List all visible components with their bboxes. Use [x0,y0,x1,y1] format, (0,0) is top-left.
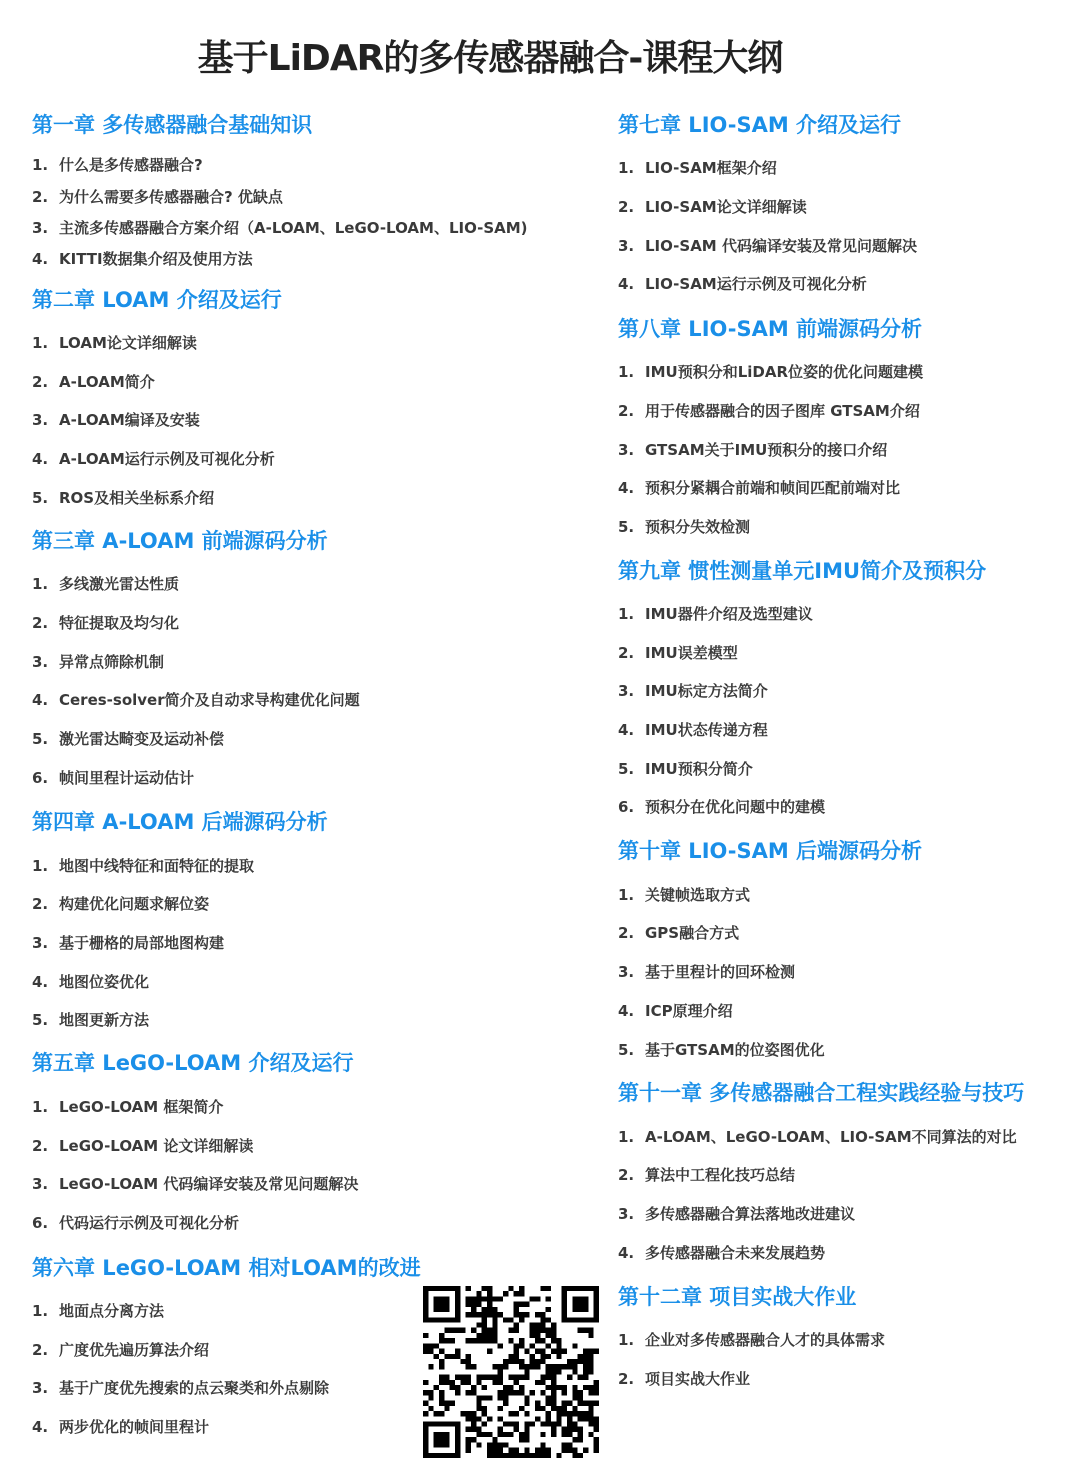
page-title: 基于LiDAR的多传感器融合-课程大纲 [0,30,980,81]
list-item: 2.特征提取及均匀化 [32,613,179,633]
list-item: 6.预积分在优化问题中的建模 [618,797,825,817]
chapter-title: 第十一章 多传感器融合工程实践经验与技巧 [618,1078,1024,1108]
chapter-9: 第九章 惯性测量单元IMU简介及预积分 [618,556,986,586]
chapter-4: 第四章 A-LOAM 后端源码分析 [32,807,328,837]
list-item: 6.代码运行示例及可视化分析 [32,1213,239,1233]
list-item: 4.KITTI数据集介绍及使用方法 [32,249,253,269]
list-item: 5.基于GTSAM的位姿图优化 [618,1040,825,1060]
list-item: 2.为什么需要多传感器融合? 优缺点 [32,187,283,207]
chapter-6: 第六章 LeGO-LOAM 相对LOAM的改进 [32,1253,421,1283]
list-item: 1.IMU器件介绍及选型建议 [618,604,813,624]
list-item: 3.异常点筛除机制 [32,652,164,672]
list-item: 1.LIO-SAM框架介绍 [618,158,777,178]
chapter-title: 第一章 多传感器融合基础知识 [32,110,312,140]
chapter-1: 第一章 多传感器融合基础知识 [32,110,312,140]
list-item: 1.IMU预积分和LiDAR位姿的优化问题建模 [618,362,923,382]
list-item: 5.ROS及相关坐标系介绍 [32,488,214,508]
list-item: 1.企业对多传感器融合人才的具体需求 [618,1330,885,1350]
list-item: 4.两步优化的帧间里程计 [32,1417,209,1437]
chapter-3: 第三章 A-LOAM 前端源码分析 [32,526,328,556]
list-item: 1.多线激光雷达性质 [32,574,179,594]
chapter-10: 第十章 LIO-SAM 后端源码分析 [618,836,922,866]
chapter-title: 第十章 LIO-SAM 后端源码分析 [618,836,922,866]
list-item: 5.激光雷达畸变及运动补偿 [32,729,224,749]
list-item: 2.广度优先遍历算法介绍 [32,1340,209,1360]
list-item: 4.IMU状态传递方程 [618,720,768,740]
list-item: 4.预积分紧耦合前端和帧间匹配前端对比 [618,478,900,498]
chapter-title: 第七章 LIO-SAM 介绍及运行 [618,110,901,140]
list-item: 4.A-LOAM运行示例及可视化分析 [32,449,275,469]
list-item: 5.IMU预积分简介 [618,759,753,779]
list-item: 3.多传感器融合算法落地改进建议 [618,1204,855,1224]
list-item: 3.GTSAM关于IMU预积分的接口介绍 [618,440,887,460]
list-item: 3.LeGO-LOAM 代码编译安装及常见问题解决 [32,1174,358,1194]
chapter-title: 第八章 LIO-SAM 前端源码分析 [618,314,922,344]
chapter-title: 第三章 A-LOAM 前端源码分析 [32,526,328,556]
list-item: 2.构建优化问题求解位姿 [32,894,209,914]
list-item: 3.基于里程计的回环检测 [618,962,795,982]
chapter-8: 第八章 LIO-SAM 前端源码分析 [618,314,922,344]
chapter-5: 第五章 LeGO-LOAM 介绍及运行 [32,1048,354,1078]
list-item: 3.主流多传感器融合方案介绍（A-LOAM、LeGO-LOAM、LIO-SAM) [32,218,528,238]
chapter-2: 第二章 LOAM 介绍及运行 [32,285,282,315]
list-item: 5.预积分失效检测 [618,517,750,537]
qr-code-icon [423,1286,599,1458]
list-item: 2.算法中工程化技巧总结 [618,1165,795,1185]
list-item: 1.地图中线特征和面特征的提取 [32,856,254,876]
list-item: 1.A-LOAM、LeGO-LOAM、LIO-SAM不同算法的对比 [618,1127,1017,1147]
list-item: 4.Ceres-solver简介及自动求导构建优化问题 [32,690,360,710]
chapter-title: 第十二章 项目实战大作业 [618,1282,856,1312]
list-item: 4.ICP原理介绍 [618,1001,733,1021]
list-item: 1.LeGO-LOAM 框架简介 [32,1097,223,1117]
chapter-12: 第十二章 项目实战大作业 [618,1282,856,1312]
chapter-title: 第五章 LeGO-LOAM 介绍及运行 [32,1048,354,1078]
chapter-title: 第六章 LeGO-LOAM 相对LOAM的改进 [32,1253,421,1283]
chapter-title: 第四章 A-LOAM 后端源码分析 [32,807,328,837]
list-item: 3.LIO-SAM 代码编译安装及常见问题解决 [618,236,917,256]
list-item: 2.IMU误差模型 [618,643,738,663]
list-item: 3.基于栅格的局部地图构建 [32,933,224,953]
list-item: 3.基于广度优先搜索的点云聚类和外点剔除 [32,1378,329,1398]
list-item: 1.地面点分离方法 [32,1301,164,1321]
list-item: 2.A-LOAM简介 [32,372,155,392]
list-item: 2.LeGO-LOAM 论文详细解读 [32,1136,253,1156]
list-item: 4.地图位姿优化 [32,972,149,992]
chapter-7: 第七章 LIO-SAM 介绍及运行 [618,110,901,140]
list-item: 2.LIO-SAM论文详细解读 [618,197,807,217]
chapter-title: 第九章 惯性测量单元IMU简介及预积分 [618,556,986,586]
chapter-11: 第十一章 多传感器融合工程实践经验与技巧 [618,1078,1024,1108]
list-item: 5.地图更新方法 [32,1010,149,1030]
list-item: 3.A-LOAM编译及安装 [32,410,200,430]
list-item: 2.项目实战大作业 [618,1369,750,1389]
chapter-title: 第二章 LOAM 介绍及运行 [32,285,282,315]
list-item: 4.多传感器融合未来发展趋势 [618,1243,825,1263]
list-item: 4.LIO-SAM运行示例及可视化分析 [618,274,867,294]
list-item: 1.LOAM论文详细解读 [32,333,197,353]
list-item: 6.帧间里程计运动估计 [32,768,194,788]
list-item: 1.关键帧选取方式 [618,885,750,905]
list-item: 3.IMU标定方法简介 [618,681,768,701]
course-outline-page: 基于LiDAR的多传感器融合-课程大纲 第一章 多传感器融合基础知识 1.什么是… [0,0,1080,1461]
list-item: 1.什么是多传感器融合? [32,155,203,175]
list-item: 2.用于传感器融合的因子图库 GTSAM介绍 [618,401,920,421]
list-item: 2.GPS融合方式 [618,923,739,943]
